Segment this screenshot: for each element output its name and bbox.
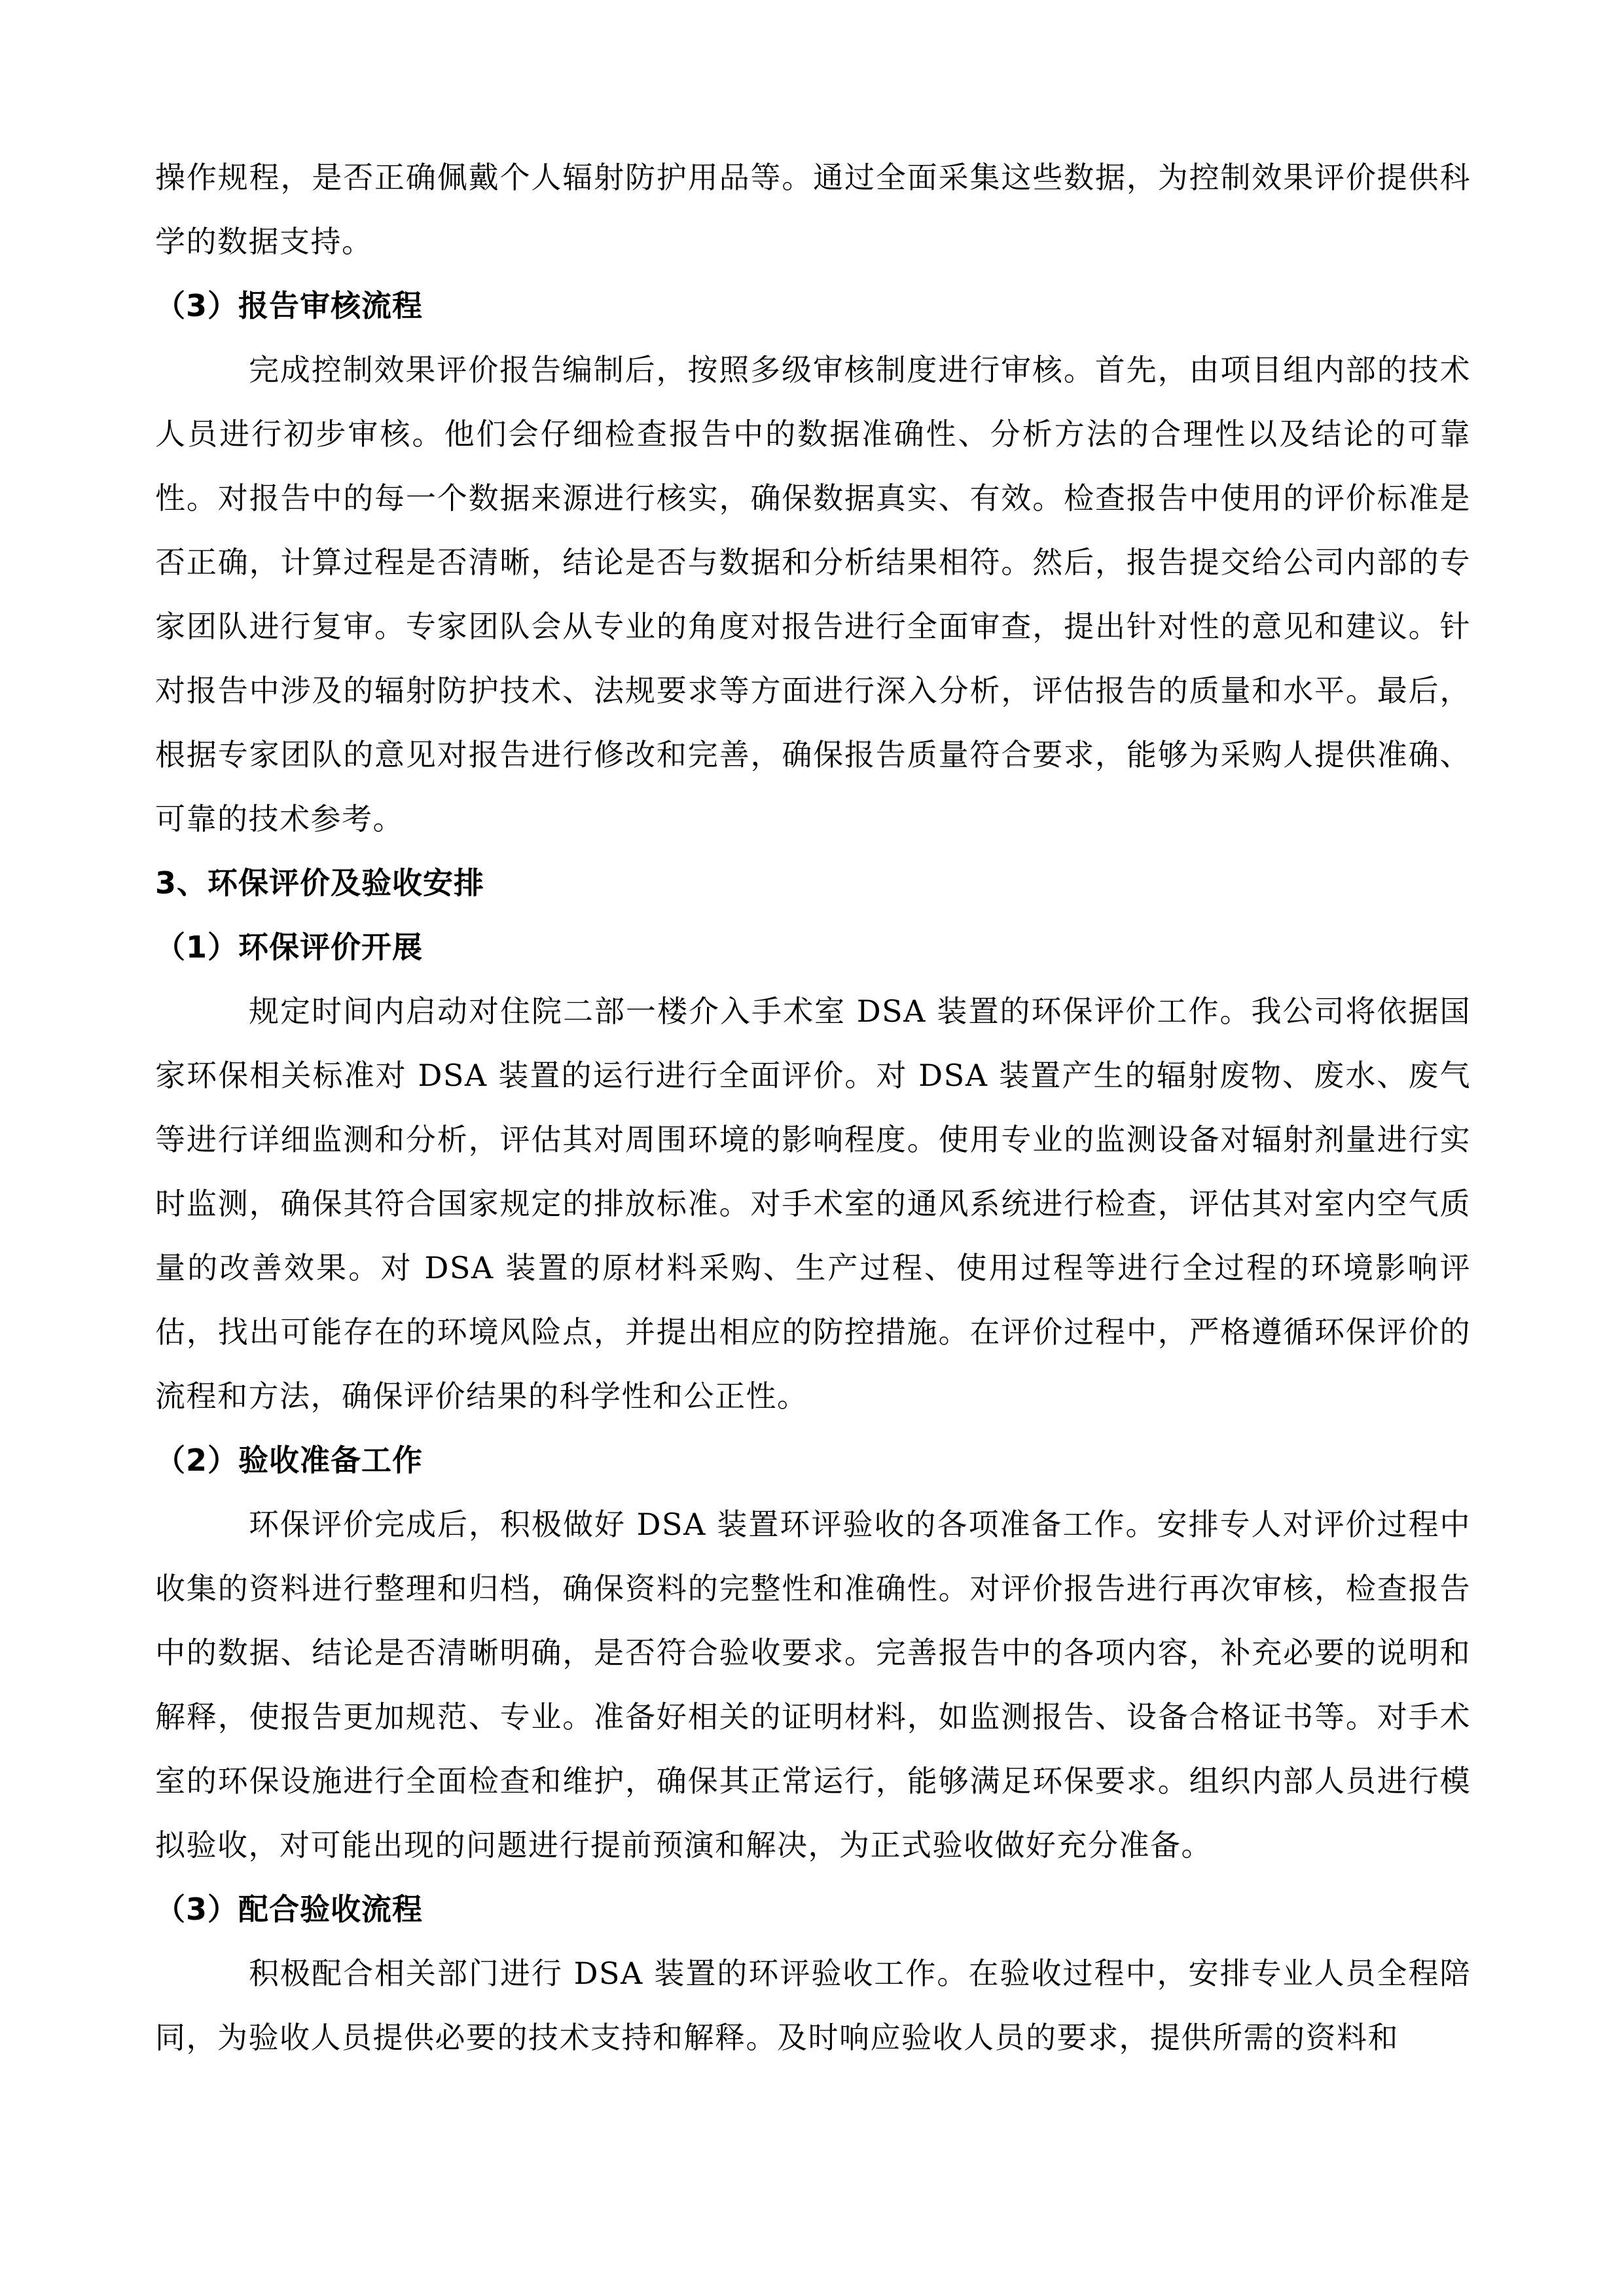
continuation-paragraph: 操作规程，是否正确佩戴个人辐射防护用品等。通过全面采集这些数据，为控制效果评价提… [155, 145, 1471, 274]
subsection-heading-acceptance-process: （3）配合验收流程 [155, 1877, 1471, 1941]
subsection-heading-acceptance-prep: （2）验收准备工作 [155, 1428, 1471, 1492]
acceptance-process-paragraph: 积极配合相关部门进行 DSA 装置的环评验收工作。在验收过程中，安排专业人员全程… [155, 1941, 1471, 2070]
report-review-paragraph: 完成控制效果评价报告编制后，按照多级审核制度进行审核。首先，由项目组内部的技术人… [155, 338, 1471, 851]
env-evaluation-paragraph: 规定时间内启动对住院二部一楼介入手术室 DSA 装置的环保评价工作。我公司将依据… [155, 979, 1471, 1428]
subsection-heading-env-evaluation: （1）环保评价开展 [155, 915, 1471, 979]
acceptance-prep-paragraph: 环保评价完成后，积极做好 DSA 装置环评验收的各项准备工作。安排专人对评价过程… [155, 1492, 1471, 1877]
document-page: 操作规程，是否正确佩戴个人辐射防护用品等。通过全面采集这些数据，为控制效果评价提… [155, 145, 1471, 2070]
subsection-heading-report-review: （3）报告审核流程 [155, 274, 1471, 338]
section-heading-env-evaluation-acceptance: 3、环保评价及验收安排 [155, 851, 1471, 915]
